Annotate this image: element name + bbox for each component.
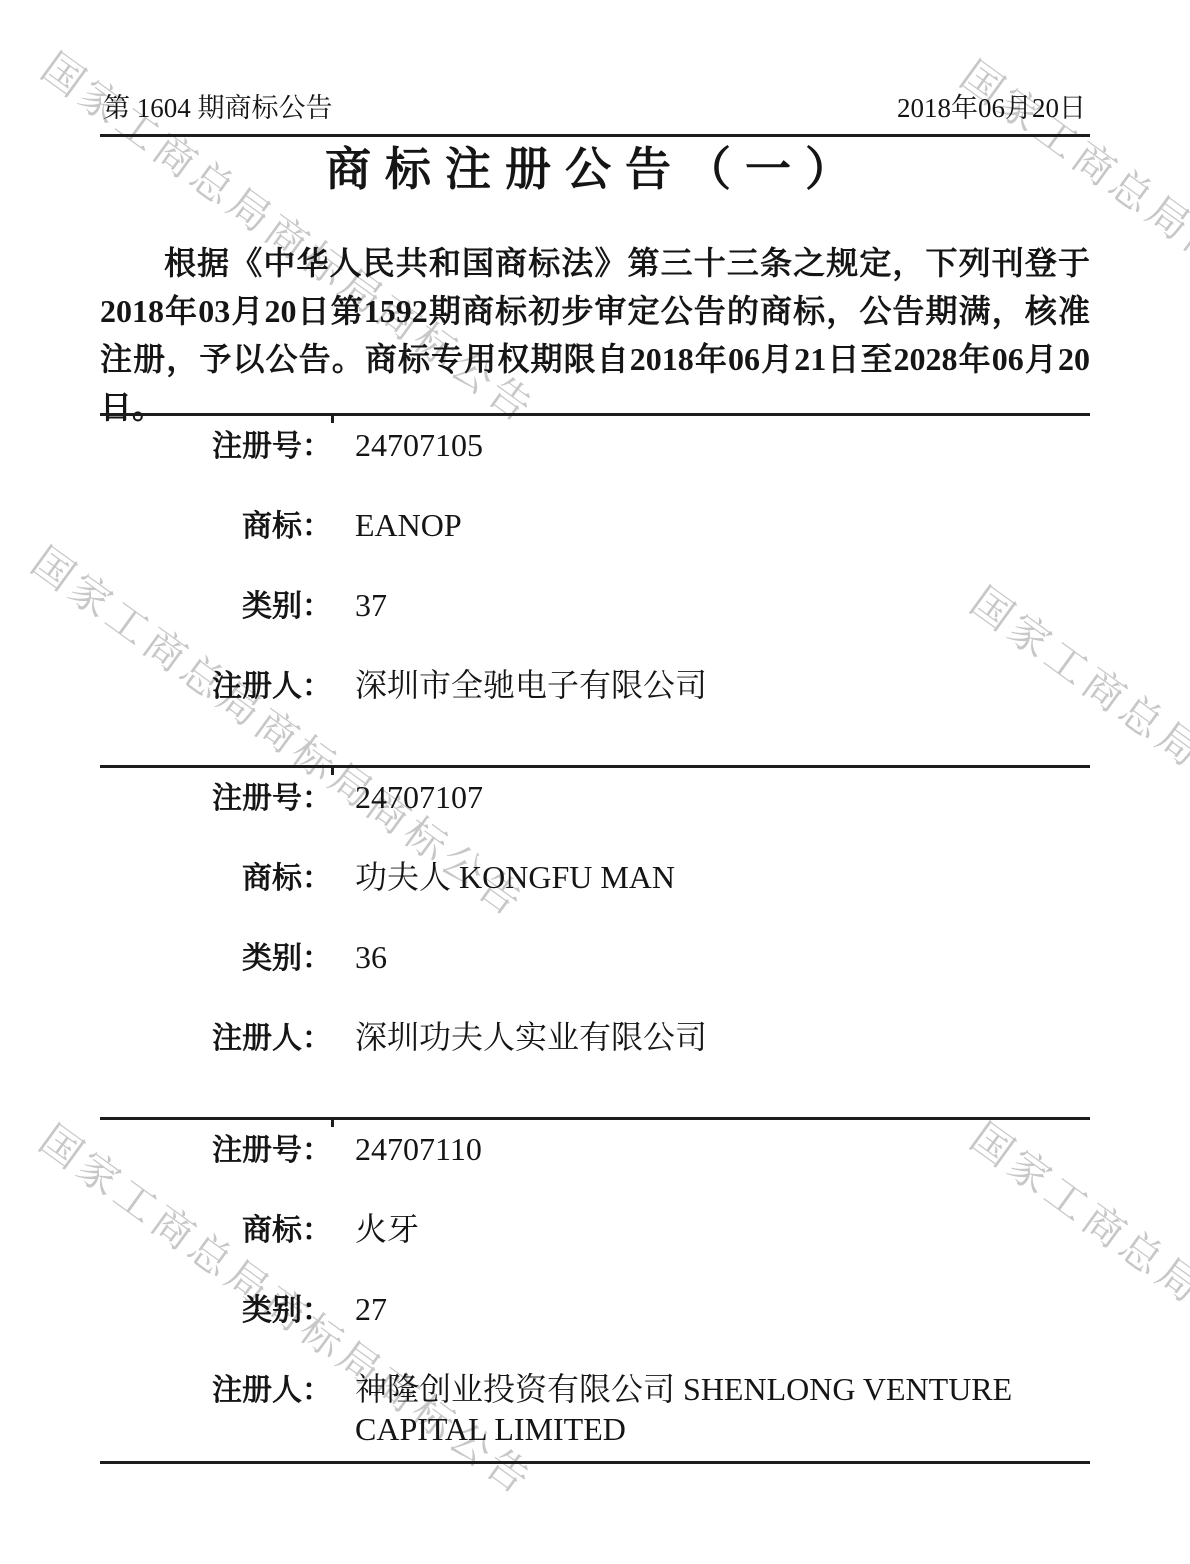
trademark-row: 商标： EANOP: [100, 505, 1090, 547]
class-row: 类别： 37: [100, 585, 1090, 627]
column-tick: [331, 767, 334, 775]
class-label: 类别：: [100, 939, 332, 979]
header-rule: [100, 134, 1090, 137]
entry-separator-rule: [100, 413, 1090, 416]
trademark-value: 功夫人 KONGFU MAN: [355, 857, 675, 897]
trademark-entry: 注册号： 24707107 商标： 功夫人 KONGFU MAN 类别： 36 …: [100, 765, 1090, 1117]
registration-number-label: 注册号：: [100, 1131, 332, 1171]
trademark-row: 商标： 火牙: [100, 1209, 1090, 1251]
class-row: 类别： 27: [100, 1289, 1090, 1331]
registrant-name: 深圳功夫人实业有限公司: [355, 1019, 707, 1055]
class-label: 类别：: [100, 1291, 332, 1331]
entry-separator-rule: [100, 1117, 1090, 1120]
registration-number-label: 注册号：: [100, 779, 332, 819]
registration-number-value: 24707107: [355, 777, 483, 817]
registrant-value: 神隆创业投资有限公司 SHENLONG VENTURE CAPITAL LIMI…: [355, 1369, 1090, 1449]
column-tick: [331, 415, 334, 423]
registrant-name: 深圳市全驰电子有限公司: [355, 667, 707, 703]
registrant-name: 神隆创业投资有限公司: [355, 1371, 675, 1407]
trademark-label: 商标：: [100, 1211, 332, 1251]
trademark-entry: 注册号： 24707105 商标： EANOP 类别： 37 注册人： 深圳市全…: [100, 413, 1090, 765]
registrant-row: 注册人： 深圳市全驰电子有限公司: [100, 665, 1090, 707]
trademark-label: 商标：: [100, 859, 332, 899]
gazette-title: 商标注册公告（一）: [0, 144, 1190, 196]
column-tick: [331, 1119, 334, 1127]
registrant-row: 注册人： 深圳功夫人实业有限公司: [100, 1017, 1090, 1059]
class-row: 类别： 36: [100, 937, 1090, 979]
trademark-value: EANOP: [355, 505, 462, 545]
registrant-label: 注册人：: [100, 1371, 332, 1411]
registration-number-value: 24707105: [355, 425, 483, 465]
class-value: 27: [355, 1289, 387, 1329]
registration-number-label: 注册号：: [100, 427, 332, 467]
registration-number-row: 注册号： 24707110: [100, 1129, 1090, 1171]
publication-date: 2018年06月20日: [897, 92, 1086, 124]
class-value: 36: [355, 937, 387, 977]
page-bottom-rule: [100, 1461, 1090, 1464]
class-value: 37: [355, 585, 387, 625]
registrant-row: 注册人： 神隆创业投资有限公司 SHENLONG VENTURE CAPITAL…: [100, 1369, 1090, 1449]
registration-number-row: 注册号： 24707105: [100, 425, 1090, 467]
intro-paragraph: 根据《中华人民共和国商标法》第三十三条之规定，下列刊登于2018年03月20日第…: [100, 239, 1090, 431]
issue-number: 第 1604 期商标公告: [103, 92, 333, 124]
registrant-value: 深圳功夫人实业有限公司: [355, 1017, 707, 1057]
trademark-row: 商标： 功夫人 KONGFU MAN: [100, 857, 1090, 899]
trademark-label: 商标：: [100, 507, 332, 547]
registrant-label: 注册人：: [100, 1019, 332, 1059]
trademark-value: 火牙: [355, 1209, 419, 1249]
registrant-value: 深圳市全驰电子有限公司: [355, 665, 707, 705]
entry-separator-rule: [100, 765, 1090, 768]
class-label: 类别：: [100, 587, 332, 627]
registration-number-value: 24707110: [355, 1129, 482, 1169]
registration-number-row: 注册号： 24707107: [100, 777, 1090, 819]
registrant-label: 注册人：: [100, 667, 332, 707]
trademark-entry: 注册号： 24707110 商标： 火牙 类别： 27 注册人： 神隆创业投资有…: [100, 1117, 1090, 1469]
gazette-page: 国家工商总局商标局商标公告 国家工商总局商标局商标公告 国家工商总局商标局商标公…: [0, 0, 1190, 1564]
